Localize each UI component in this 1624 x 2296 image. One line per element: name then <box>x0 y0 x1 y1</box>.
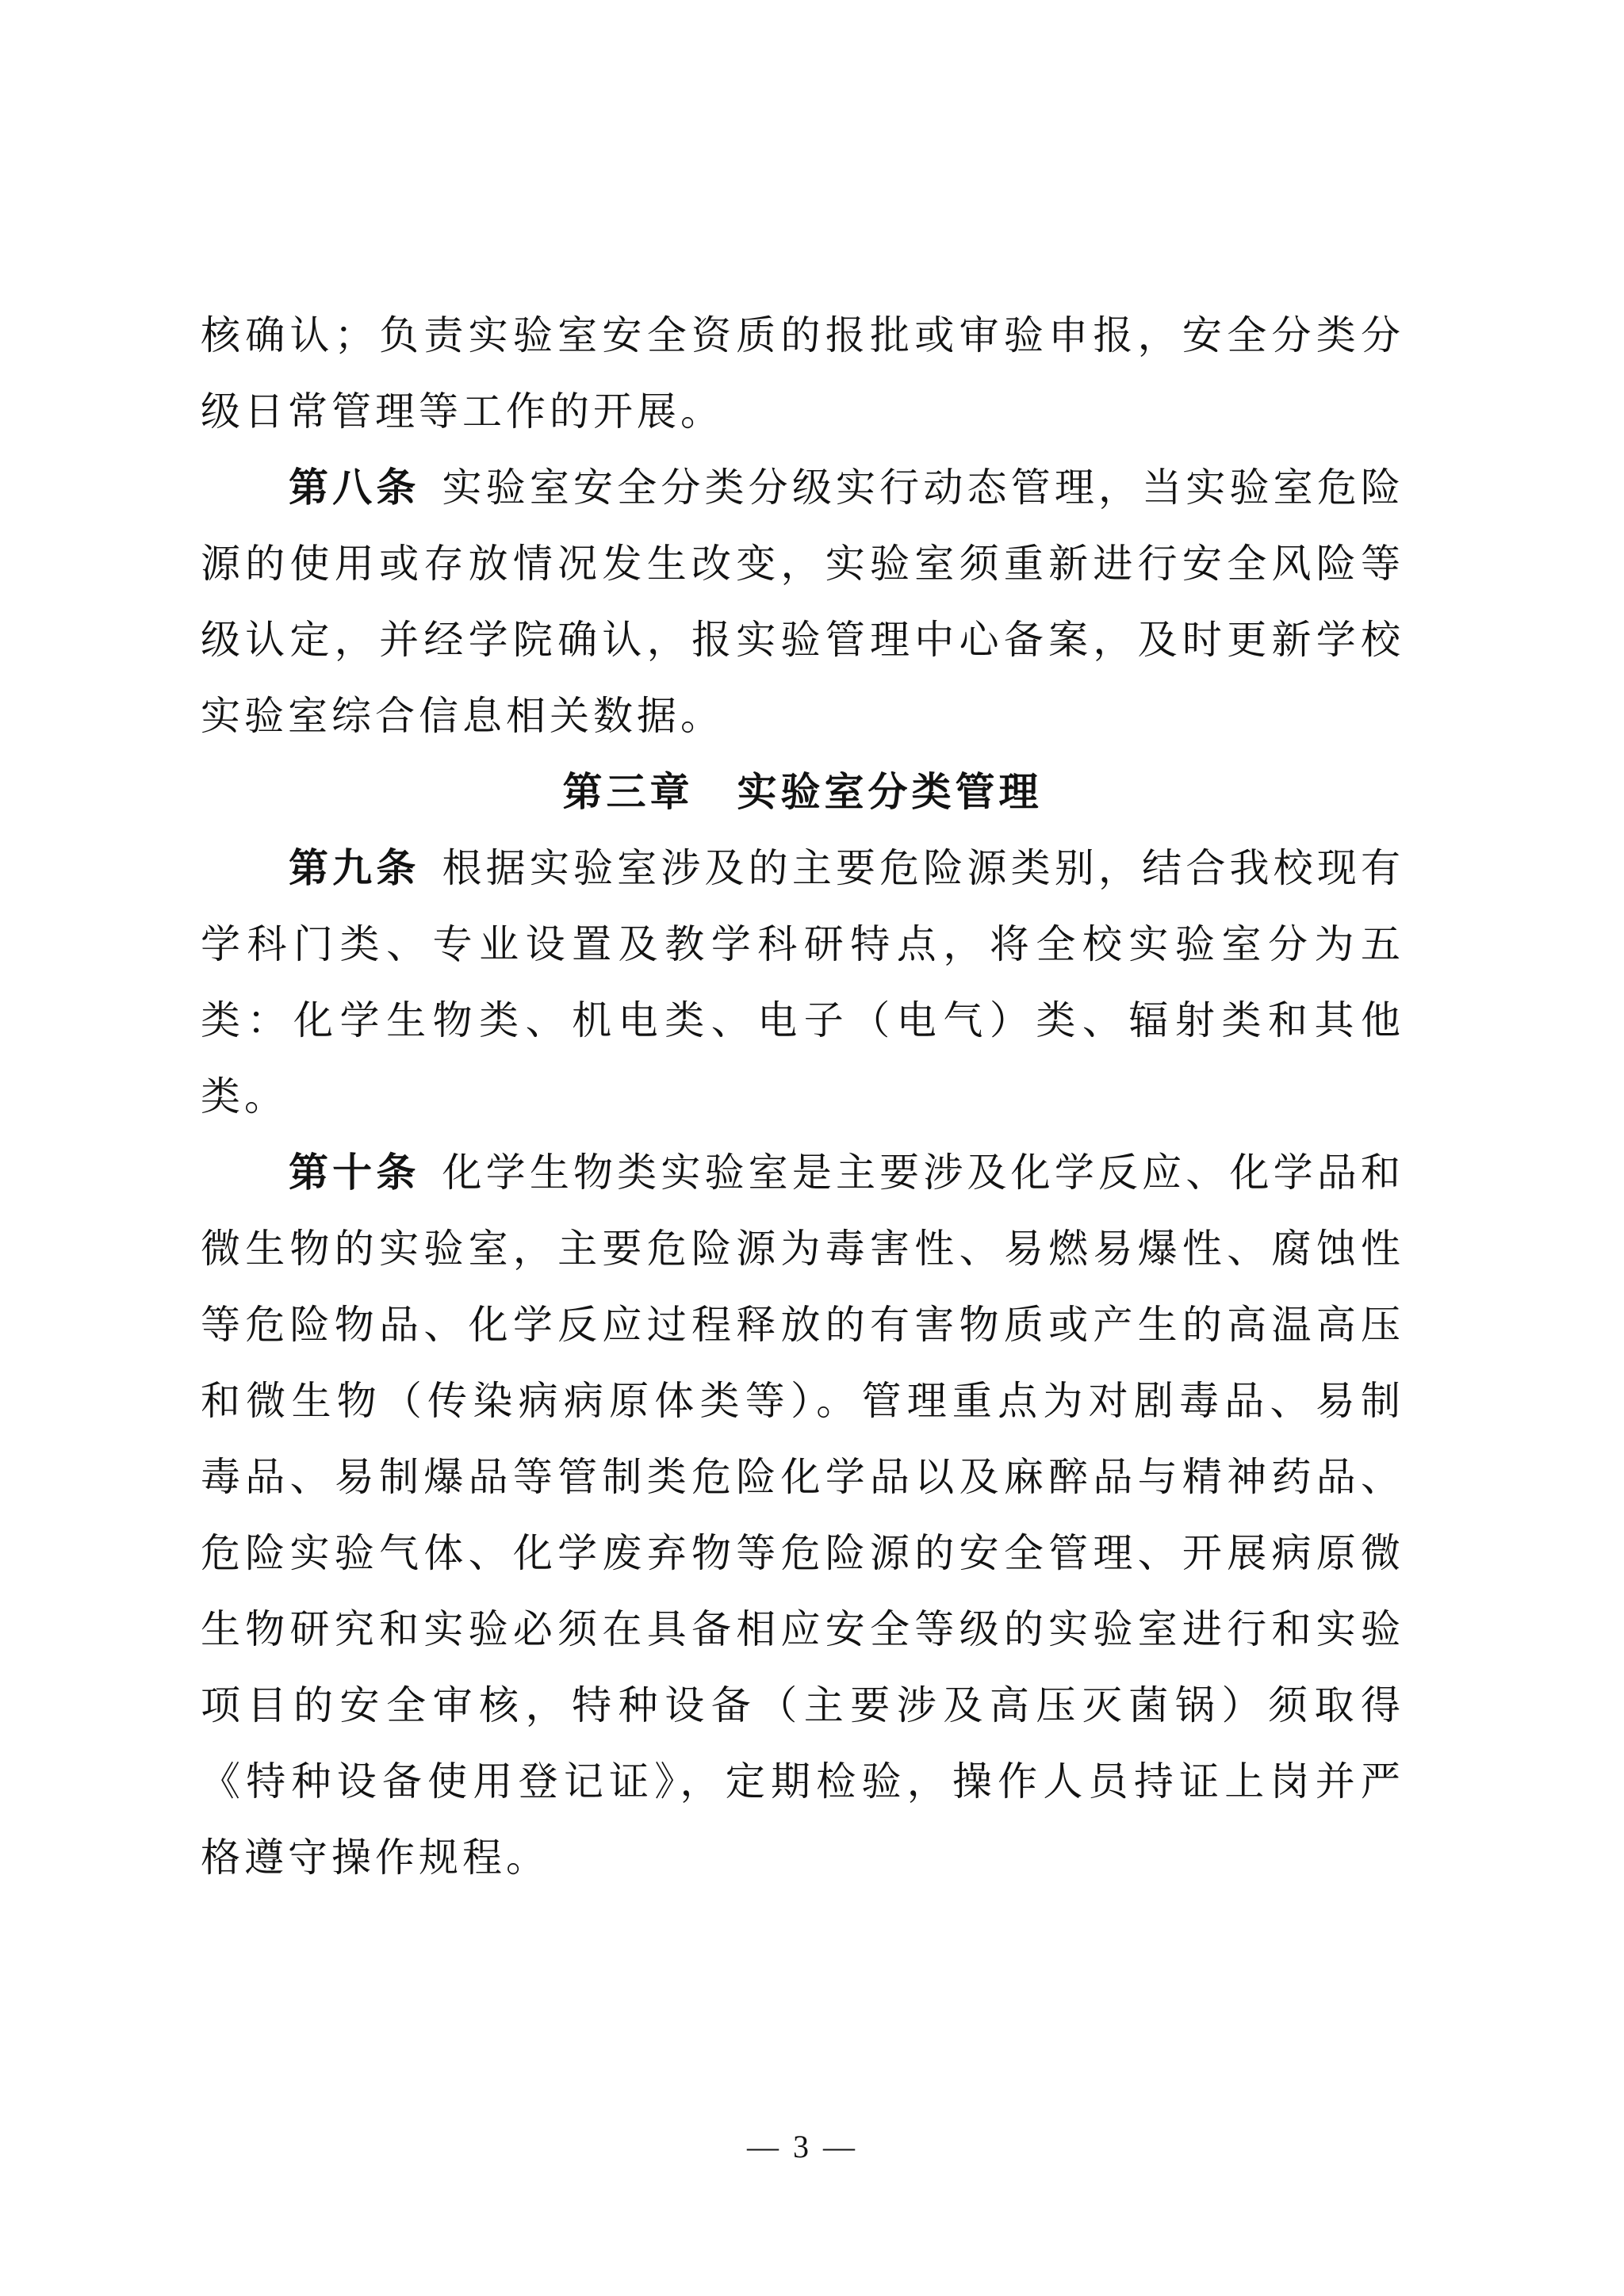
chapter-heading: 第三章 实验室分类管理 <box>201 754 1404 830</box>
line-text: 实验室综合信息相关数据。 <box>201 694 724 738</box>
line-text: 学科门类、专业设置及教学科研特点，将全校实验室分为五 <box>201 922 1404 966</box>
line-text: 微生物的实验室，主要危险源为毒害性、易燃易爆性、腐蚀性 <box>201 1226 1404 1271</box>
line-text: 类。 <box>201 1074 288 1119</box>
line-text: 根据实验室涉及的主要危险源类别，结合我校现有 <box>442 846 1405 890</box>
line-text: 项目的安全审核，特种设备（主要涉及高压灭菌锅）须取得 <box>201 1683 1404 1728</box>
line-text: 《特种设备使用登记证》，定期检验，操作人员持证上岗并严 <box>201 1759 1404 1804</box>
line-text: 和微生物（传染病病原体类等）。管理重点为对剧毒品、易制 <box>201 1379 1404 1423</box>
text-line: 等危险物品、化学反应过程释放的有害物质或产生的高温高压 <box>201 1287 1404 1363</box>
page-number: — 3 — <box>747 2129 858 2164</box>
page-footer: — 3 — <box>201 2123 1404 2171</box>
text-line: 危险实验气体、化学废弃物等危险源的安全管理、开展病原微 <box>201 1515 1404 1591</box>
text-line: 源的使用或存放情况发生改变，实验室须重新进行安全风险等 <box>201 526 1404 602</box>
line-text: 危险实验气体、化学废弃物等危险源的安全管理、开展病原微 <box>201 1531 1404 1575</box>
page-body-text: 核确认；负责实验室安全资质的报批或审验申报，安全分类分级日常管理等工作的开展。第… <box>201 297 1404 1896</box>
line-text: 源的使用或存放情况发生改变，实验室须重新进行安全风险等 <box>201 541 1404 586</box>
line-text: 核确认；负责实验室安全资质的报批或审验申报，安全分类分 <box>201 313 1404 358</box>
text-line: 和微生物（传染病病原体类等）。管理重点为对剧毒品、易制 <box>201 1363 1404 1439</box>
article-number: 第十条 <box>289 1150 420 1195</box>
line-text: 实验室安全分类分级实行动态管理，当实验室危险 <box>442 465 1405 510</box>
text-line: 学科门类、专业设置及教学科研特点，将全校实验室分为五 <box>201 906 1404 982</box>
line-text: 等危险物品、化学反应过程释放的有害物质或产生的高温高压 <box>201 1303 1404 1347</box>
document-page: 核确认；负责实验室安全资质的报批或审验申报，安全分类分级日常管理等工作的开展。第… <box>0 0 1624 2296</box>
text-line: 第十条化学生物类实验室是主要涉及化学反应、化学品和 <box>201 1135 1404 1211</box>
text-line: 类。 <box>201 1058 1404 1135</box>
text-line: 项目的安全审核，特种设备（主要涉及高压灭菌锅）须取得 <box>201 1667 1404 1743</box>
text-line: 类：化学生物类、机电类、电子（电气）类、辐射类和其他 <box>201 982 1404 1058</box>
text-line: 实验室综合信息相关数据。 <box>201 678 1404 754</box>
article-number: 第八条 <box>289 465 420 510</box>
line-text: 毒品、易制爆品等管制类危险化学品以及麻醉品与精神药品、 <box>201 1455 1404 1499</box>
text-line: 级认定，并经学院确认，报实验管理中心备案，及时更新学校 <box>201 602 1404 678</box>
line-text: 级日常管理等工作的开展。 <box>201 389 724 434</box>
article-number: 第九条 <box>289 846 420 890</box>
text-line: 生物研究和实验必须在具备相应安全等级的实验室进行和实验 <box>201 1591 1404 1667</box>
text-line: 级日常管理等工作的开展。 <box>201 373 1404 450</box>
line-text: 格遵守操作规程。 <box>201 1835 550 1880</box>
text-line: 第九条根据实验室涉及的主要危险源类别，结合我校现有 <box>201 830 1404 906</box>
text-line: 核确认；负责实验室安全资质的报批或审验申报，安全分类分 <box>201 297 1404 373</box>
line-text: 生物研究和实验必须在具备相应安全等级的实验室进行和实验 <box>201 1607 1404 1651</box>
text-line: 格遵守操作规程。 <box>201 1820 1404 1896</box>
text-line: 《特种设备使用登记证》，定期检验，操作人员持证上岗并严 <box>201 1743 1404 1820</box>
line-text: 级认定，并经学院确认，报实验管理中心备案，及时更新学校 <box>201 618 1404 662</box>
line-text: 类：化学生物类、机电类、电子（电气）类、辐射类和其他 <box>201 998 1404 1043</box>
text-line: 毒品、易制爆品等管制类危险化学品以及麻醉品与精神药品、 <box>201 1439 1404 1515</box>
line-text: 化学生物类实验室是主要涉及化学反应、化学品和 <box>442 1150 1405 1195</box>
text-line: 微生物的实验室，主要危险源为毒害性、易燃易爆性、腐蚀性 <box>201 1211 1404 1287</box>
text-line: 第八条实验室安全分类分级实行动态管理，当实验室危险 <box>201 450 1404 526</box>
